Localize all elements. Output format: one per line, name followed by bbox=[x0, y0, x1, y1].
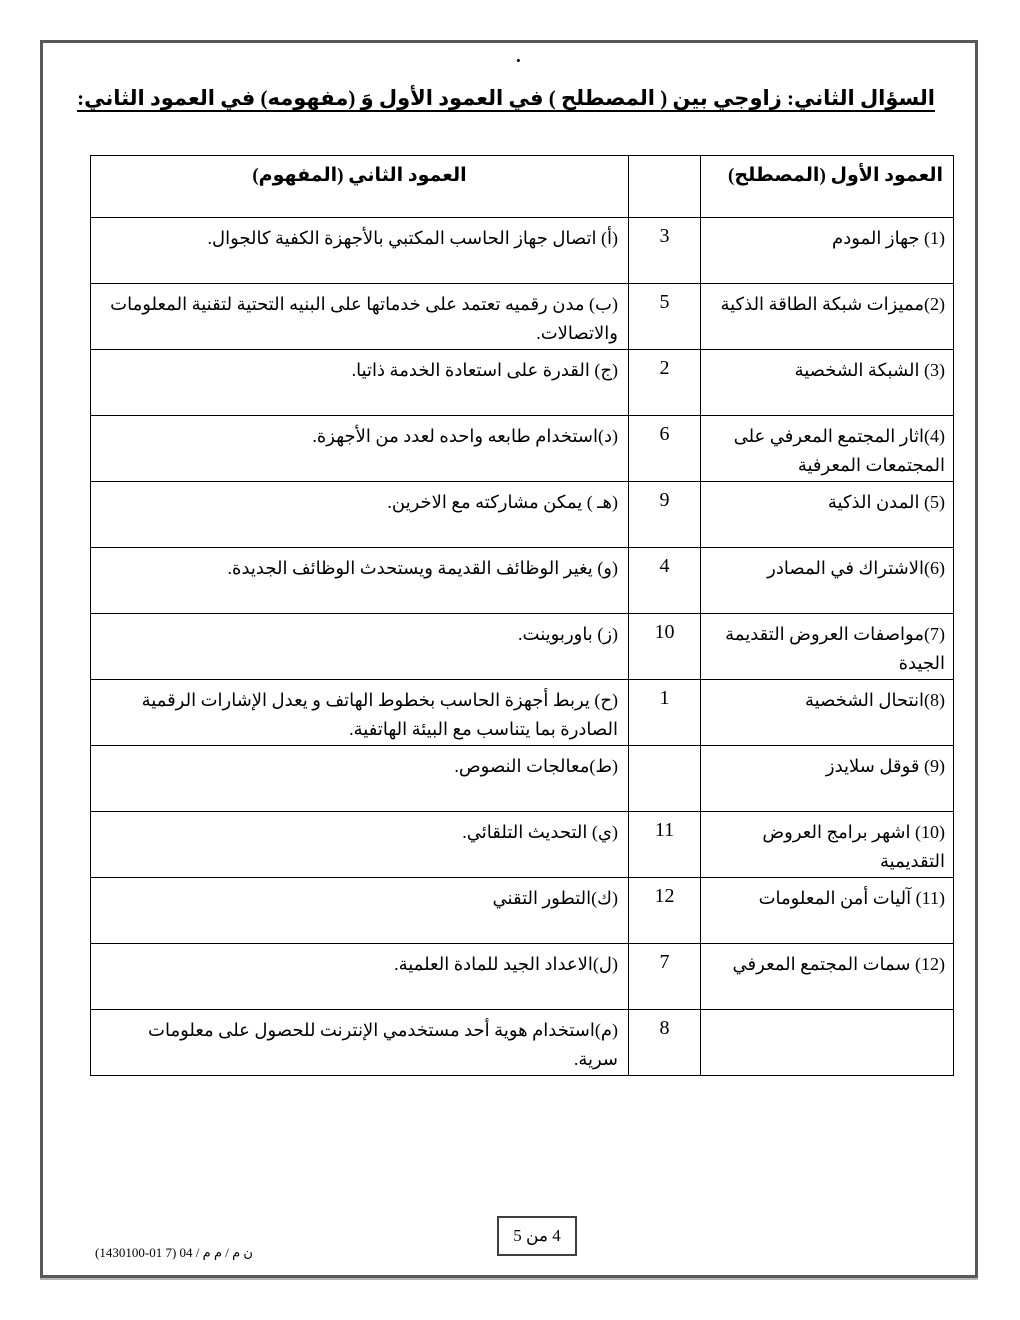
page-number-box: 4 من 5 bbox=[497, 1216, 577, 1256]
term-cell: (6)الاشتراك في المصادر bbox=[701, 548, 954, 614]
table-row: (12) سمات المجتمع المعرفي 7 (ل)الاعداد ا… bbox=[91, 944, 954, 1010]
term-cell: (3) الشبكة الشخصية bbox=[701, 350, 954, 416]
answer-number-cell: 5 bbox=[629, 284, 701, 350]
answer-number-cell: 6 bbox=[629, 416, 701, 482]
concept-cell: (هـ ) يمكن مشاركته مع الاخرين. bbox=[91, 482, 629, 548]
answer-number-cell: 2 bbox=[629, 350, 701, 416]
column-header-concept: العمود الثاني (المفهوم) bbox=[91, 156, 629, 218]
concept-cell: (ج) القدرة على استعادة الخدمة ذاتيا. bbox=[91, 350, 629, 416]
table-row: (3) الشبكة الشخصية 2 (ج) القدرة على استع… bbox=[91, 350, 954, 416]
table-row: (2)مميزات شبكة الطاقة الذكية 5 (ب) مدن ر… bbox=[91, 284, 954, 350]
concept-cell: (ز) باوربوينت. bbox=[91, 614, 629, 680]
term-cell: (9) قوقل سلايدز bbox=[701, 746, 954, 812]
table-row: (7)مواصفات العروض التقديمة الجيدة 10 (ز)… bbox=[91, 614, 954, 680]
table-row: (8)انتحال الشخصية 1 (ح) يربط أجهزة الحاس… bbox=[91, 680, 954, 746]
concept-cell: (ي) التحديث التلقائي. bbox=[91, 812, 629, 878]
term-cell: (10) اشهر برامج العروض التقديمية bbox=[701, 812, 954, 878]
table-row: (4)اثار المجتمع المعرفي على المجتمعات ال… bbox=[91, 416, 954, 482]
concept-cell: (ط)معالجات النصوص. bbox=[91, 746, 629, 812]
concept-cell: (أ) اتصال جهاز الحاسب المكتبي بالأجهزة ا… bbox=[91, 218, 629, 284]
term-cell: (8)انتحال الشخصية bbox=[701, 680, 954, 746]
document-page: . السؤال الثاني: زاوجي بين ( المصطلح ) ف… bbox=[0, 0, 1020, 1320]
term-cell bbox=[701, 1010, 954, 1076]
question-title: السؤال الثاني: زاوجي بين ( المصطلح ) في … bbox=[115, 86, 935, 111]
answer-number-cell: 7 bbox=[629, 944, 701, 1010]
term-cell: (7)مواصفات العروض التقديمة الجيدة bbox=[701, 614, 954, 680]
matching-table: العمود الأول (المصطلح) العمود الثاني (ال… bbox=[90, 155, 954, 1076]
term-cell: (11) آليات أمن المعلومات bbox=[701, 878, 954, 944]
term-cell: (2)مميزات شبكة الطاقة الذكية bbox=[701, 284, 954, 350]
column-header-number bbox=[629, 156, 701, 218]
table-row: (10) اشهر برامج العروض التقديمية 11 (ي) … bbox=[91, 812, 954, 878]
concept-cell: (د)استخدام طابعه واحده لعدد من الأجهزة. bbox=[91, 416, 629, 482]
concept-cell: (ح) يربط أجهزة الحاسب بخطوط الهاتف و يعد… bbox=[91, 680, 629, 746]
concept-cell: (ب) مدن رقميه تعتمد على خدماتها على البن… bbox=[91, 284, 629, 350]
table-row: (5) المدن الذكية 9 (هـ ) يمكن مشاركته مع… bbox=[91, 482, 954, 548]
concept-cell: (و) يغير الوظائف القديمة ويستحدث الوظائف… bbox=[91, 548, 629, 614]
answer-number-cell: 11 bbox=[629, 812, 701, 878]
term-cell: (12) سمات المجتمع المعرفي bbox=[701, 944, 954, 1010]
answer-number-cell: 3 bbox=[629, 218, 701, 284]
term-cell: (5) المدن الذكية bbox=[701, 482, 954, 548]
table-header-row: العمود الأول (المصطلح) العمود الثاني (ال… bbox=[91, 156, 954, 218]
table-row: 8 (م)استخدام هوية أحد مستخدمي الإنترنت ل… bbox=[91, 1010, 954, 1076]
table-row: (11) آليات أمن المعلومات 12 (ك)التطور ال… bbox=[91, 878, 954, 944]
column-header-term: العمود الأول (المصطلح) bbox=[701, 156, 954, 218]
document-code: ن م / م م / 04 (7 01-1430100) bbox=[95, 1245, 253, 1261]
table-row: (6)الاشتراك في المصادر 4 (و) يغير الوظائ… bbox=[91, 548, 954, 614]
answer-number-cell: 4 bbox=[629, 548, 701, 614]
answer-number-cell: 10 bbox=[629, 614, 701, 680]
table-row: (9) قوقل سلايدز (ط)معالجات النصوص. bbox=[91, 746, 954, 812]
term-cell: (1) جهاز المودم bbox=[701, 218, 954, 284]
concept-cell: (ل)الاعداد الجيد للمادة العلمية. bbox=[91, 944, 629, 1010]
page-number: 4 من 5 bbox=[513, 1226, 561, 1246]
concept-cell: (م)استخدام هوية أحد مستخدمي الإنترنت للح… bbox=[91, 1010, 629, 1076]
answer-number-cell: 1 bbox=[629, 680, 701, 746]
concept-cell: (ك)التطور التقني bbox=[91, 878, 629, 944]
term-cell: (4)اثار المجتمع المعرفي على المجتمعات ال… bbox=[701, 416, 954, 482]
stray-dot: . bbox=[516, 46, 521, 68]
table-row: (1) جهاز المودم 3 (أ) اتصال جهاز الحاسب … bbox=[91, 218, 954, 284]
answer-number-cell bbox=[629, 746, 701, 812]
answer-number-cell: 9 bbox=[629, 482, 701, 548]
answer-number-cell: 12 bbox=[629, 878, 701, 944]
answer-number-cell: 8 bbox=[629, 1010, 701, 1076]
